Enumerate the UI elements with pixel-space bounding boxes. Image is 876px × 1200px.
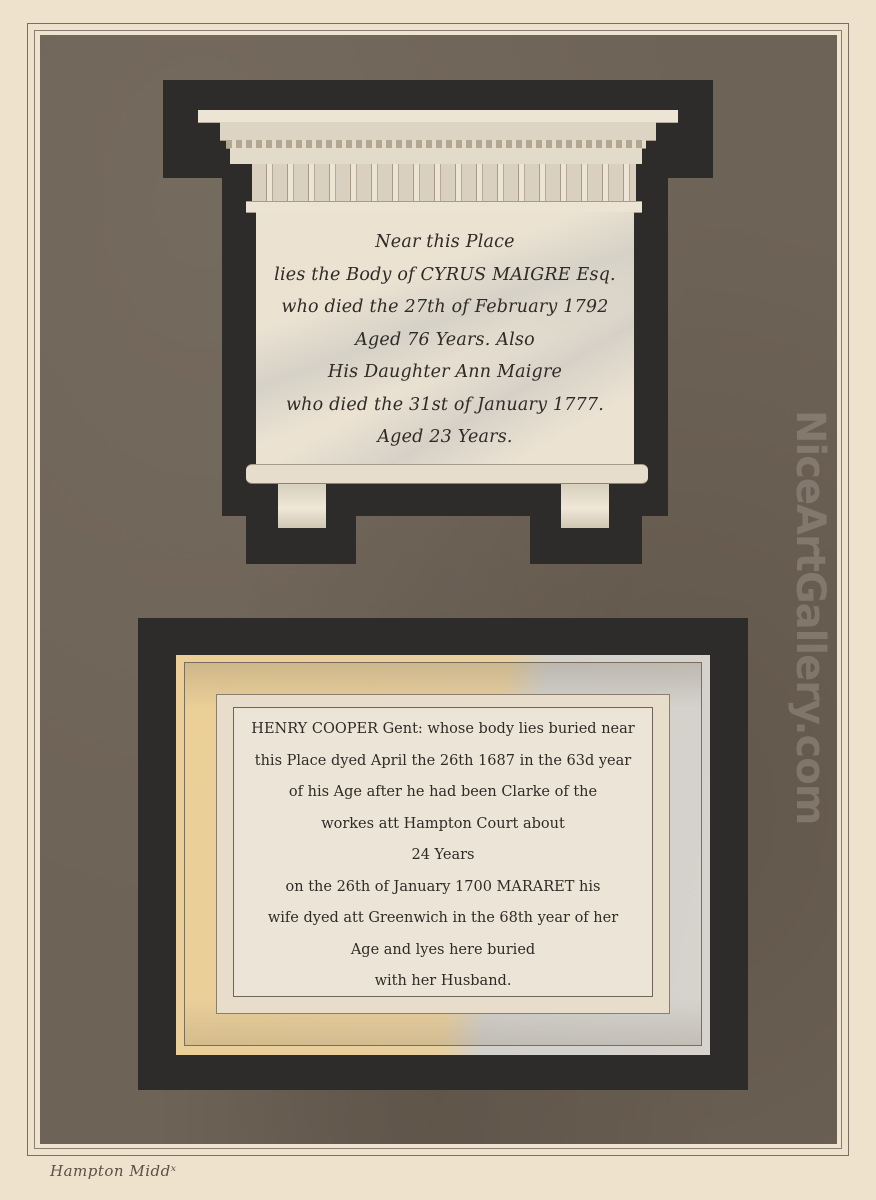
- inscription-line: on the 26th of January 1700 MARARET his: [233, 872, 653, 904]
- inscription-line: Age and lyes here buried: [233, 935, 653, 967]
- inscription-line: wife dyed att Greenwich in the 68th year…: [233, 903, 653, 935]
- bottom-inscription-text: HENRY COOPER Gent: whose body lies burie…: [233, 714, 653, 998]
- inscription-line: who died the 31st of January 1777.: [256, 389, 634, 422]
- top-inscription-text: Near this Place lies the Body of CYRUS M…: [256, 226, 634, 454]
- corbel-right: [561, 484, 609, 528]
- inscription-line: Aged 76 Years. Also: [256, 324, 634, 357]
- inscription-line: lies the Body of CYRUS MAIGRE Esq.: [256, 259, 634, 292]
- inscription-line: Aged 23 Years.: [256, 421, 634, 454]
- inscription-line: Near this Place: [256, 226, 634, 259]
- location-caption: Hampton Middˣ: [50, 1162, 177, 1180]
- watermark: NiceArtGallery.com: [780, 410, 840, 790]
- inscription-line: His Daughter Ann Maigre: [256, 356, 634, 389]
- tablet-sill-moulding: [246, 464, 648, 484]
- corbel-left: [278, 484, 326, 528]
- inscription-line: this Place dyed April the 26th 1687 in t…: [233, 746, 653, 778]
- fluted-dentil-band: [252, 164, 636, 201]
- inscription-line: 24 Years: [233, 840, 653, 872]
- inscription-line: workes att Hampton Court about: [233, 809, 653, 841]
- inscription-line: who died the 27th of February 1792: [256, 291, 634, 324]
- cornice-moulding: [220, 122, 656, 141]
- inscription-line: with her Husband.: [233, 966, 653, 998]
- inscription-line: of his Age after he had been Clarke of t…: [233, 777, 653, 809]
- inscription-line: HENRY COOPER Gent: whose body lies burie…: [233, 714, 653, 746]
- frieze-band: [230, 148, 642, 164]
